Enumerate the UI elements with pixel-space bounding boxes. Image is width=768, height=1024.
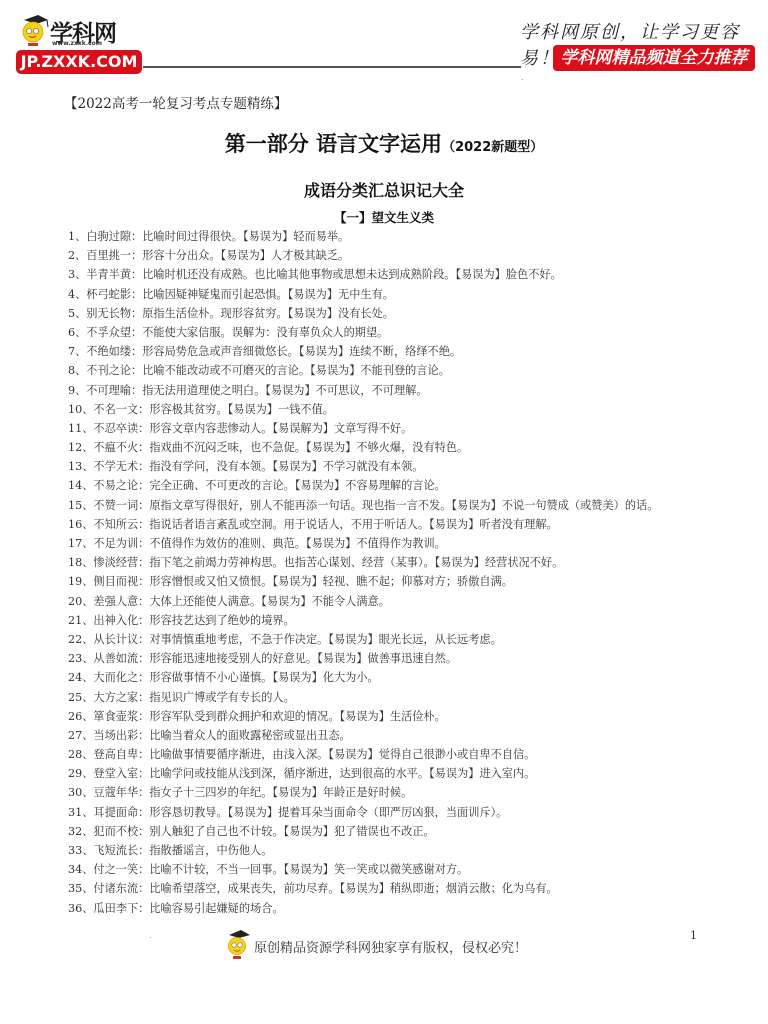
list-item: 28、登高自卑：比喻做事情要循序渐进，由浅入深。【易误为】觉得自己很渺小或自卑不… [68, 745, 728, 764]
page-header: 学科网 www.zxxk.com JP.ZXXK.COM 学科网原创，让学习更容… [0, 0, 768, 85]
list-item: 1、白驹过隙：比喻时间过得很快。【易误为】轻而易举。 [68, 227, 728, 246]
list-item: 5、别无长物：原指生活俭朴。现形容贫穷。【易误为】没有长处。 [68, 304, 728, 323]
copyright-notice: 原创精品资源学科网独家享有版权，侵权必究！ [254, 937, 527, 956]
mascot-icon [20, 14, 50, 48]
list-item: 8、不刊之论：比喻不能改动或不可磨灭的言论。【易误为】不能刊登的言论。 [68, 361, 728, 380]
logo-url: www.zxxk.com [52, 40, 102, 47]
idiom-list: 1、白驹过隙：比喻时间过得很快。【易误为】轻而易举。 2、百里挑一：形容十分出众… [68, 227, 728, 918]
logo-badge[interactable]: JP.ZXXK.COM [16, 50, 142, 74]
list-item: 22、从长计议：对事情慎重地考虑，不急于作决定。【易误为】眼光长远，从长远考虑。 [68, 630, 728, 649]
list-item: 30、豆蔻年华：指女子十三四岁的年纪。【易误为】年龄正是好时候。 [68, 783, 728, 802]
list-item: 11、不忍卒读：形容文章内容悲惨动人。【易误解为】文章写得不好。 [68, 419, 728, 438]
decorative-dot [522, 79, 523, 80]
list-item: 7、不绝如缕：形容局势危急或声音细微悠长。【易误为】连续不断，络绎不绝。 [68, 342, 728, 361]
list-item: 29、登堂入室：比喻学问或技能从浅到深，循序渐进，达到很高的水平。【易误为】进入… [68, 764, 728, 783]
list-item: 12、不瘟不火：指戏曲不沉闷乏味，也不急促。【易误为】不够火爆，没有特色。 [68, 438, 728, 457]
list-item: 32、犯而不校：别人触犯了自己也不计较。【易误为】犯了错误也不改正。 [68, 822, 728, 841]
list-item: 15、不赞一词：原指文章写得很好，别人不能再添一句话。现也指一言不发。【易误为】… [68, 496, 728, 515]
list-item: 3、半青半黄：比喻时机还没有成熟。也比喻其他事物或思想未达到成熟阶段。【易误为】… [68, 265, 728, 284]
list-item: 34、付之一笑：比喻不计较，不当一回事。【易误为】笑一笑或以微笑感谢对方。 [68, 860, 728, 879]
section-heading: 【一】望文生义类 [0, 208, 768, 226]
list-item: 9、不可理喻：指无法用道理使之明白。【易误为】不可思议，不可理解。 [68, 381, 728, 400]
document-heading: 成语分类汇总识记大全 [0, 178, 768, 201]
list-item: 33、飞短流长：指散播谣言，中伤他人。 [68, 841, 728, 860]
list-item: 2、百里挑一：形容十分出众。【易误为】人才极其缺乏。 [68, 246, 728, 265]
list-item: 13、不学无术：指没有学问，没有本领。【易误为】不学习就没有本领。 [68, 457, 728, 476]
list-item: 23、从善如流：形容能迅速地接受别人的好意见。【易误为】做善事迅速自然。 [68, 649, 728, 668]
list-item: 27、当场出彩：比喻当着众人的面败露秘密或显出丑态。 [68, 726, 728, 745]
mascot-icon [226, 929, 252, 961]
list-item: 14、不易之论：完全正确、不可更改的言论。【易误为】不容易理解的言论。 [68, 476, 728, 495]
page-title-main: 第一部分 语言文字运用 [225, 132, 442, 156]
decorative-dot [150, 937, 151, 938]
list-item: 21、出神入化：形容技艺达到了绝妙的境界。 [68, 611, 728, 630]
list-item: 4、杯弓蛇影：比喻因疑神疑鬼而引起恐惧。【易误为】无中生有。 [68, 285, 728, 304]
page-title: 第一部分 语言文字运用（2022新题型） [0, 128, 768, 158]
list-item: 36、瓜田李下：比喻容易引起嫌疑的场合。 [68, 899, 728, 918]
list-item: 16、不知所云：指说话者语言紊乱或空洞。用于说话人，不用于听话人。【易误为】听者… [68, 515, 728, 534]
list-item: 24、大而化之：形容做事情不小心谨慎。【易误为】化大为小。 [68, 668, 728, 687]
list-item: 35、付诸东流：比喻希望落空，成果丧失，前功尽弃。【易误为】稍纵即逝；烟消云散；… [68, 879, 728, 898]
page-number: 1 [690, 929, 697, 942]
list-item: 20、差强人意：大体上还能使人满意。【易误为】不能令人满意。 [68, 592, 728, 611]
list-item: 17、不足为训：不值得作为效仿的准则、典范。【易误为】不值得作为教训。 [68, 534, 728, 553]
page-title-paren: （2022新题型） [442, 140, 543, 155]
list-item: 19、侧目而视：形容憎恨或又怕又愤恨。【易误为】轻视、瞧不起；仰慕对方；骄傲自满… [68, 572, 728, 591]
recommend-banner[interactable]: 学科网精品频道全力推荐 [553, 45, 755, 71]
header-divider [143, 66, 521, 68]
list-item: 18、惨淡经营：指下笔之前竭力劳神构思。也指苦心谋划、经营（某事）。【易误为】经… [68, 553, 728, 572]
list-item: 26、箪食壶浆：形容军队受到群众拥护和欢迎的情况。【易误为】生活俭朴。 [68, 707, 728, 726]
document-subtitle: 【2022高考一轮复习考点专题精练】 [64, 92, 287, 112]
list-item: 25、大方之家：指见识广博或学有专长的人。 [68, 688, 728, 707]
list-item: 10、不名一文：形容极其贫穷。【易误为】一钱不值。 [68, 400, 728, 419]
list-item: 31、耳提面命：形容恳切教导。【易误为】提着耳朵当面命令（即严厉凶狠，当面训斥）… [68, 803, 728, 822]
zxxk-logo[interactable]: 学科网 www.zxxk.com JP.ZXXK.COM [16, 12, 146, 74]
list-item: 6、不孚众望：不能使大家信服。误解为：没有辜负众人的期望。 [68, 323, 728, 342]
